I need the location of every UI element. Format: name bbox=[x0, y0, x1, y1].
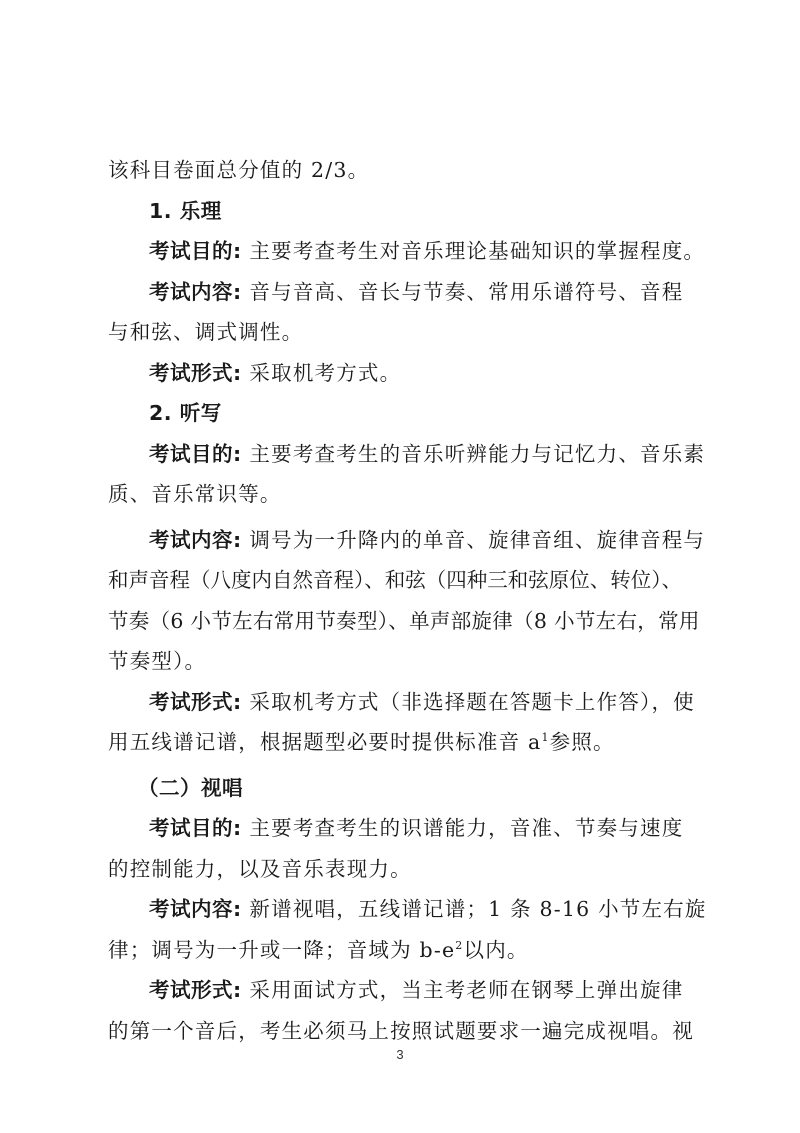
field-label: 考试形式: bbox=[149, 690, 242, 714]
field-text: 主要考查考生的音乐听辨能力与记忆力、音乐素 bbox=[249, 442, 705, 466]
field-label: 考试内容: bbox=[149, 528, 242, 552]
field-label: 考试内容: bbox=[149, 280, 242, 304]
field-text: 采取机考方式（非选择题在答题卡上作答），使 bbox=[249, 690, 694, 714]
field-text: 调号为一升降内的单音、旋律音组、旋律音程与 bbox=[249, 528, 705, 552]
paragraph-exam-purpose: 考试目的: 主要考查考生的识谱能力，音准、节奏与速度 bbox=[108, 808, 700, 849]
section-heading-sight-singing: （二）视唱 bbox=[108, 768, 700, 809]
paragraph-line: 质、音乐常识等。 bbox=[108, 474, 700, 515]
paragraph-exam-format: 考试形式: 采取机考方式。 bbox=[108, 353, 700, 394]
paragraph-line: 和声音程（八度内自然音程）、和弦（四种三和弦原位、转位）、 bbox=[108, 560, 700, 601]
field-text: 音与音高、音长与节奏、常用乐谱符号、音程 bbox=[249, 280, 683, 304]
superscript: 2 bbox=[455, 939, 463, 952]
document-page: 该科目卷面总分值的 2/3。 1. 乐理 考试目的: 主要考查考生对音乐理论基础… bbox=[0, 0, 800, 1133]
text-segment: 律；调号为一升或一降；音域为 b-e bbox=[108, 938, 455, 962]
text-segment: 参照。 bbox=[550, 730, 615, 754]
field-label: 考试目的: bbox=[149, 442, 242, 466]
text-segment: 以内。 bbox=[464, 938, 529, 962]
paragraph-line: 该科目卷面总分值的 2/3。 bbox=[108, 150, 700, 191]
paragraph-exam-format: 考试形式: 采取机考方式（非选择题在答题卡上作答），使 bbox=[108, 682, 700, 723]
field-label: 考试内容: bbox=[149, 897, 242, 921]
paragraph-line: 的第一个音后，考生必须马上按照试题要求一遍完成视唱。视 bbox=[108, 1011, 700, 1052]
paragraph-line: 律；调号为一升或一降；音域为 b-e2以内。 bbox=[108, 930, 700, 971]
section-heading-music-theory: 1. 乐理 bbox=[108, 191, 700, 232]
paragraph-line: 节奏型）。 bbox=[108, 641, 700, 682]
paragraph-exam-format: 考试形式: 采用面试方式，当主考老师在钢琴上弹出旋律 bbox=[108, 970, 700, 1011]
field-text: 主要考查考生对音乐理论基础知识的掌握程度。 bbox=[249, 239, 705, 263]
field-text: 采取机考方式。 bbox=[249, 361, 401, 385]
paragraph-exam-purpose: 考试目的: 主要考查考生对音乐理论基础知识的掌握程度。 bbox=[108, 231, 700, 272]
section-heading-dictation: 2. 听写 bbox=[108, 393, 700, 434]
field-text: 主要考查考生的识谱能力，音准、节奏与速度 bbox=[249, 816, 683, 840]
text-segment: 用五线谱记谱，根据题型必要时提供标准音 a bbox=[108, 730, 541, 754]
paragraph-exam-content: 考试内容: 新谱视唱，五线谱记谱；1 条 8-16 小节左右旋 bbox=[108, 889, 700, 930]
field-label: 考试形式: bbox=[149, 978, 242, 1002]
superscript: 1 bbox=[541, 731, 549, 744]
field-text: 新谱视唱，五线谱记谱；1 条 8-16 小节左右旋 bbox=[249, 897, 706, 921]
page-number: 3 bbox=[0, 1047, 800, 1062]
paragraph-line: 节奏（6 小节左右常用节奏型）、单声部旋律（8 小节左右，常用 bbox=[108, 601, 700, 642]
paragraph-line: 与和弦、调式调性。 bbox=[108, 312, 700, 353]
paragraph-line: 的控制能力，以及音乐表现力。 bbox=[108, 849, 700, 890]
paragraph-exam-content: 考试内容: 调号为一升降内的单音、旋律音组、旋律音程与 bbox=[108, 520, 700, 561]
document-body: 该科目卷面总分值的 2/3。 1. 乐理 考试目的: 主要考查考生对音乐理论基础… bbox=[108, 150, 700, 1051]
paragraph-exam-content: 考试内容: 音与音高、音长与节奏、常用乐谱符号、音程 bbox=[108, 272, 700, 313]
field-text: 采用面试方式，当主考老师在钢琴上弹出旋律 bbox=[249, 978, 683, 1002]
paragraph-line: 用五线谱记谱，根据题型必要时提供标准音 a1参照。 bbox=[108, 722, 700, 763]
field-label: 考试目的: bbox=[149, 816, 242, 840]
field-label: 考试形式: bbox=[149, 361, 242, 385]
field-label: 考试目的: bbox=[149, 239, 242, 263]
paragraph-exam-purpose: 考试目的: 主要考查考生的音乐听辨能力与记忆力、音乐素 bbox=[108, 434, 700, 475]
